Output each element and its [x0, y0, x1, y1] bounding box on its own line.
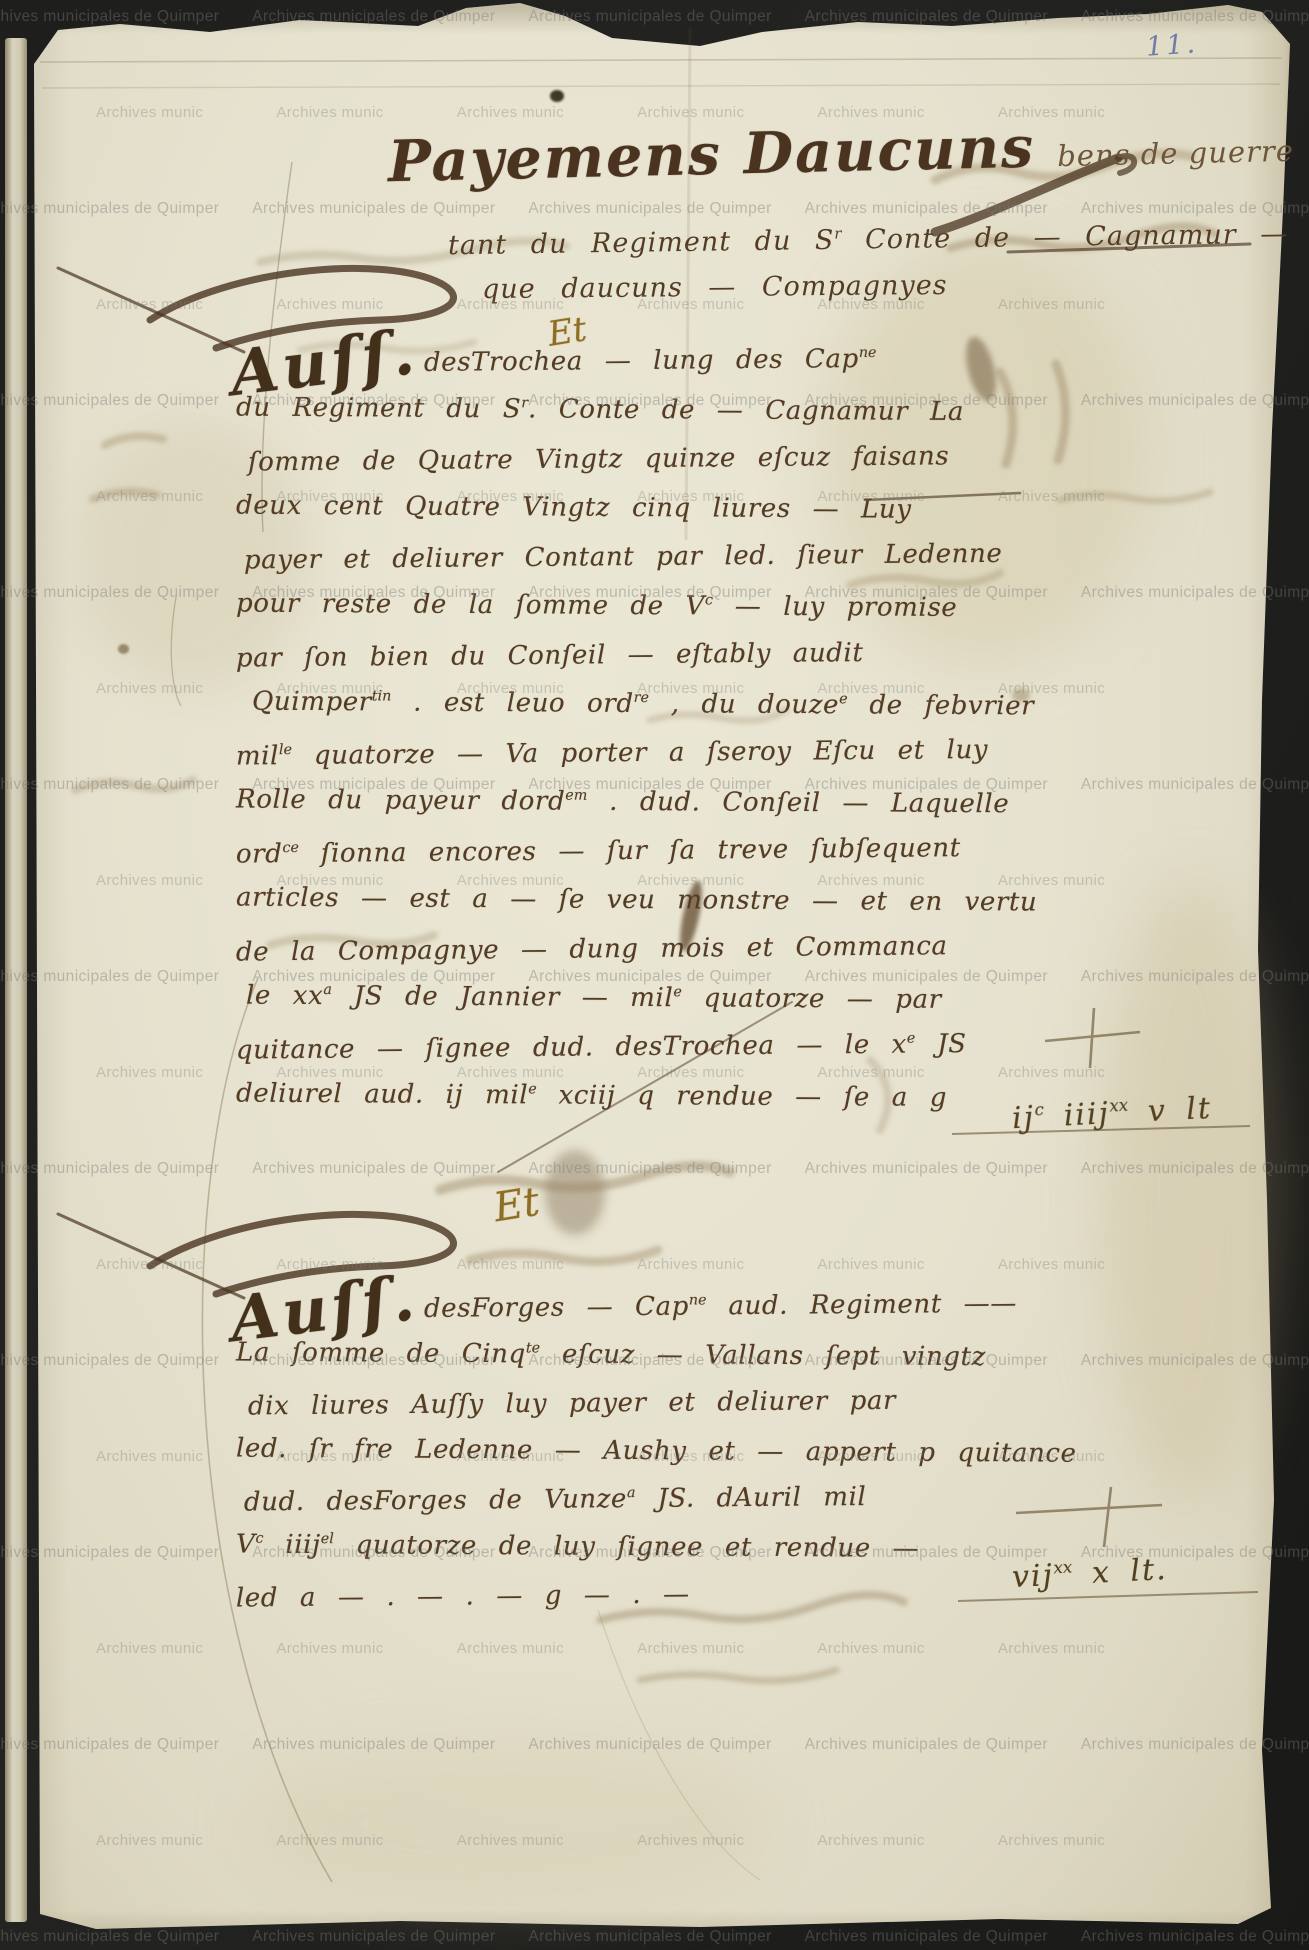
folio-number: 11.: [1145, 28, 1199, 63]
payment-entry-2: Auſſ. desForges — Capne aud. Regiment ——…: [236, 1292, 1036, 1628]
manuscript-line: par ſon bien du Conſeil — eſtably audit: [236, 637, 1036, 693]
manuscript-line: led a — . — . — g — . —: [236, 1577, 1036, 1632]
manuscript-line: articles — est a — ſe veu monstre — et e…: [236, 883, 1036, 937]
manuscript-line: Rolle du payeur dordem . dud. Conſeil — …: [236, 785, 1036, 839]
ink-blotch: [545, 1150, 605, 1235]
manuscript-line: desTrochea — lung des Capne: [236, 343, 1036, 399]
manuscript-line: de la Compagnye — dung mois et Commanca: [236, 931, 1036, 987]
manuscript-line: ordce ſionna encores — ſur ſa treve ſubſ…: [236, 833, 1036, 889]
adjacent-page-edge: [5, 38, 27, 1922]
manuscript-line: desForges — Capne aud. Regiment ——: [236, 1289, 1036, 1344]
scan-background: 11. Payemens Daucunsbens de guerre tant …: [0, 0, 1309, 1950]
watermark-text: Archives municipales de Quimper Archives…: [0, 1928, 1309, 1946]
manuscript-line: du Regiment du Sr. Conte de — Cagnamur L…: [236, 393, 1036, 447]
manuscript-lines: desForges — Capne aud. Regiment ——La ſom…: [236, 1292, 1036, 1628]
manuscript-line: Quimpertin . est leuo ordre , du douzee …: [252, 687, 1036, 741]
ink-blotch: [550, 90, 564, 102]
paper-stain: [250, 1740, 770, 1910]
manuscript-line: deliurel aud. ij mile xciij q rendue — ſ…: [236, 1079, 1036, 1133]
payment-entry-1: Auſſ. desTrochea — lung des Capnedu Regi…: [236, 346, 1036, 1130]
manuscript-line: payer et deliurer Contant par led. ſieur…: [244, 539, 1036, 595]
manuscript-line: mille quatorze — Va porter a ſseroy Eſcu…: [236, 735, 1036, 791]
manuscript-line: La ſomme de Cinqte eſcuz — Vallans ſept …: [236, 1338, 1036, 1391]
section-mark-et: Et: [491, 1179, 543, 1232]
manuscript-line: ſomme de Quatre Vingtz quinze eſcuz fais…: [248, 441, 1036, 497]
paper-stain: [1100, 880, 1280, 1500]
manuscript-line: pour reste de la ſomme de Vc — luy promi…: [236, 589, 1036, 643]
manuscript-line: dud. desForges de Vunzea JS. dAuril mil: [244, 1481, 1036, 1536]
title-suffix: bens de guerre: [1057, 134, 1294, 173]
manuscript-line: dix liures Auſſy luy payer et deliurer p…: [248, 1385, 1036, 1440]
manuscript-line: deux cent Quatre Vingtz cinq liures — Lu…: [236, 491, 1036, 545]
manuscript-line: le xxa JS de Jannier — mile quatorze — p…: [246, 981, 1036, 1035]
manuscript-lines: desTrochea — lung des Capnedu Regiment d…: [236, 346, 1036, 1130]
ink-blotch: [118, 644, 129, 654]
manuscript-line: quitance — ſignee dud. desTrochea — le x…: [236, 1029, 1036, 1085]
title-line-3: que daucuns — Compagnyes: [482, 270, 948, 305]
manuscript-line: led. ſr fre Ledenne — Aushy et — appert …: [236, 1434, 1036, 1487]
manuscript-line: Vc iiijel quatorze de luy ſignee et rend…: [236, 1530, 1036, 1583]
